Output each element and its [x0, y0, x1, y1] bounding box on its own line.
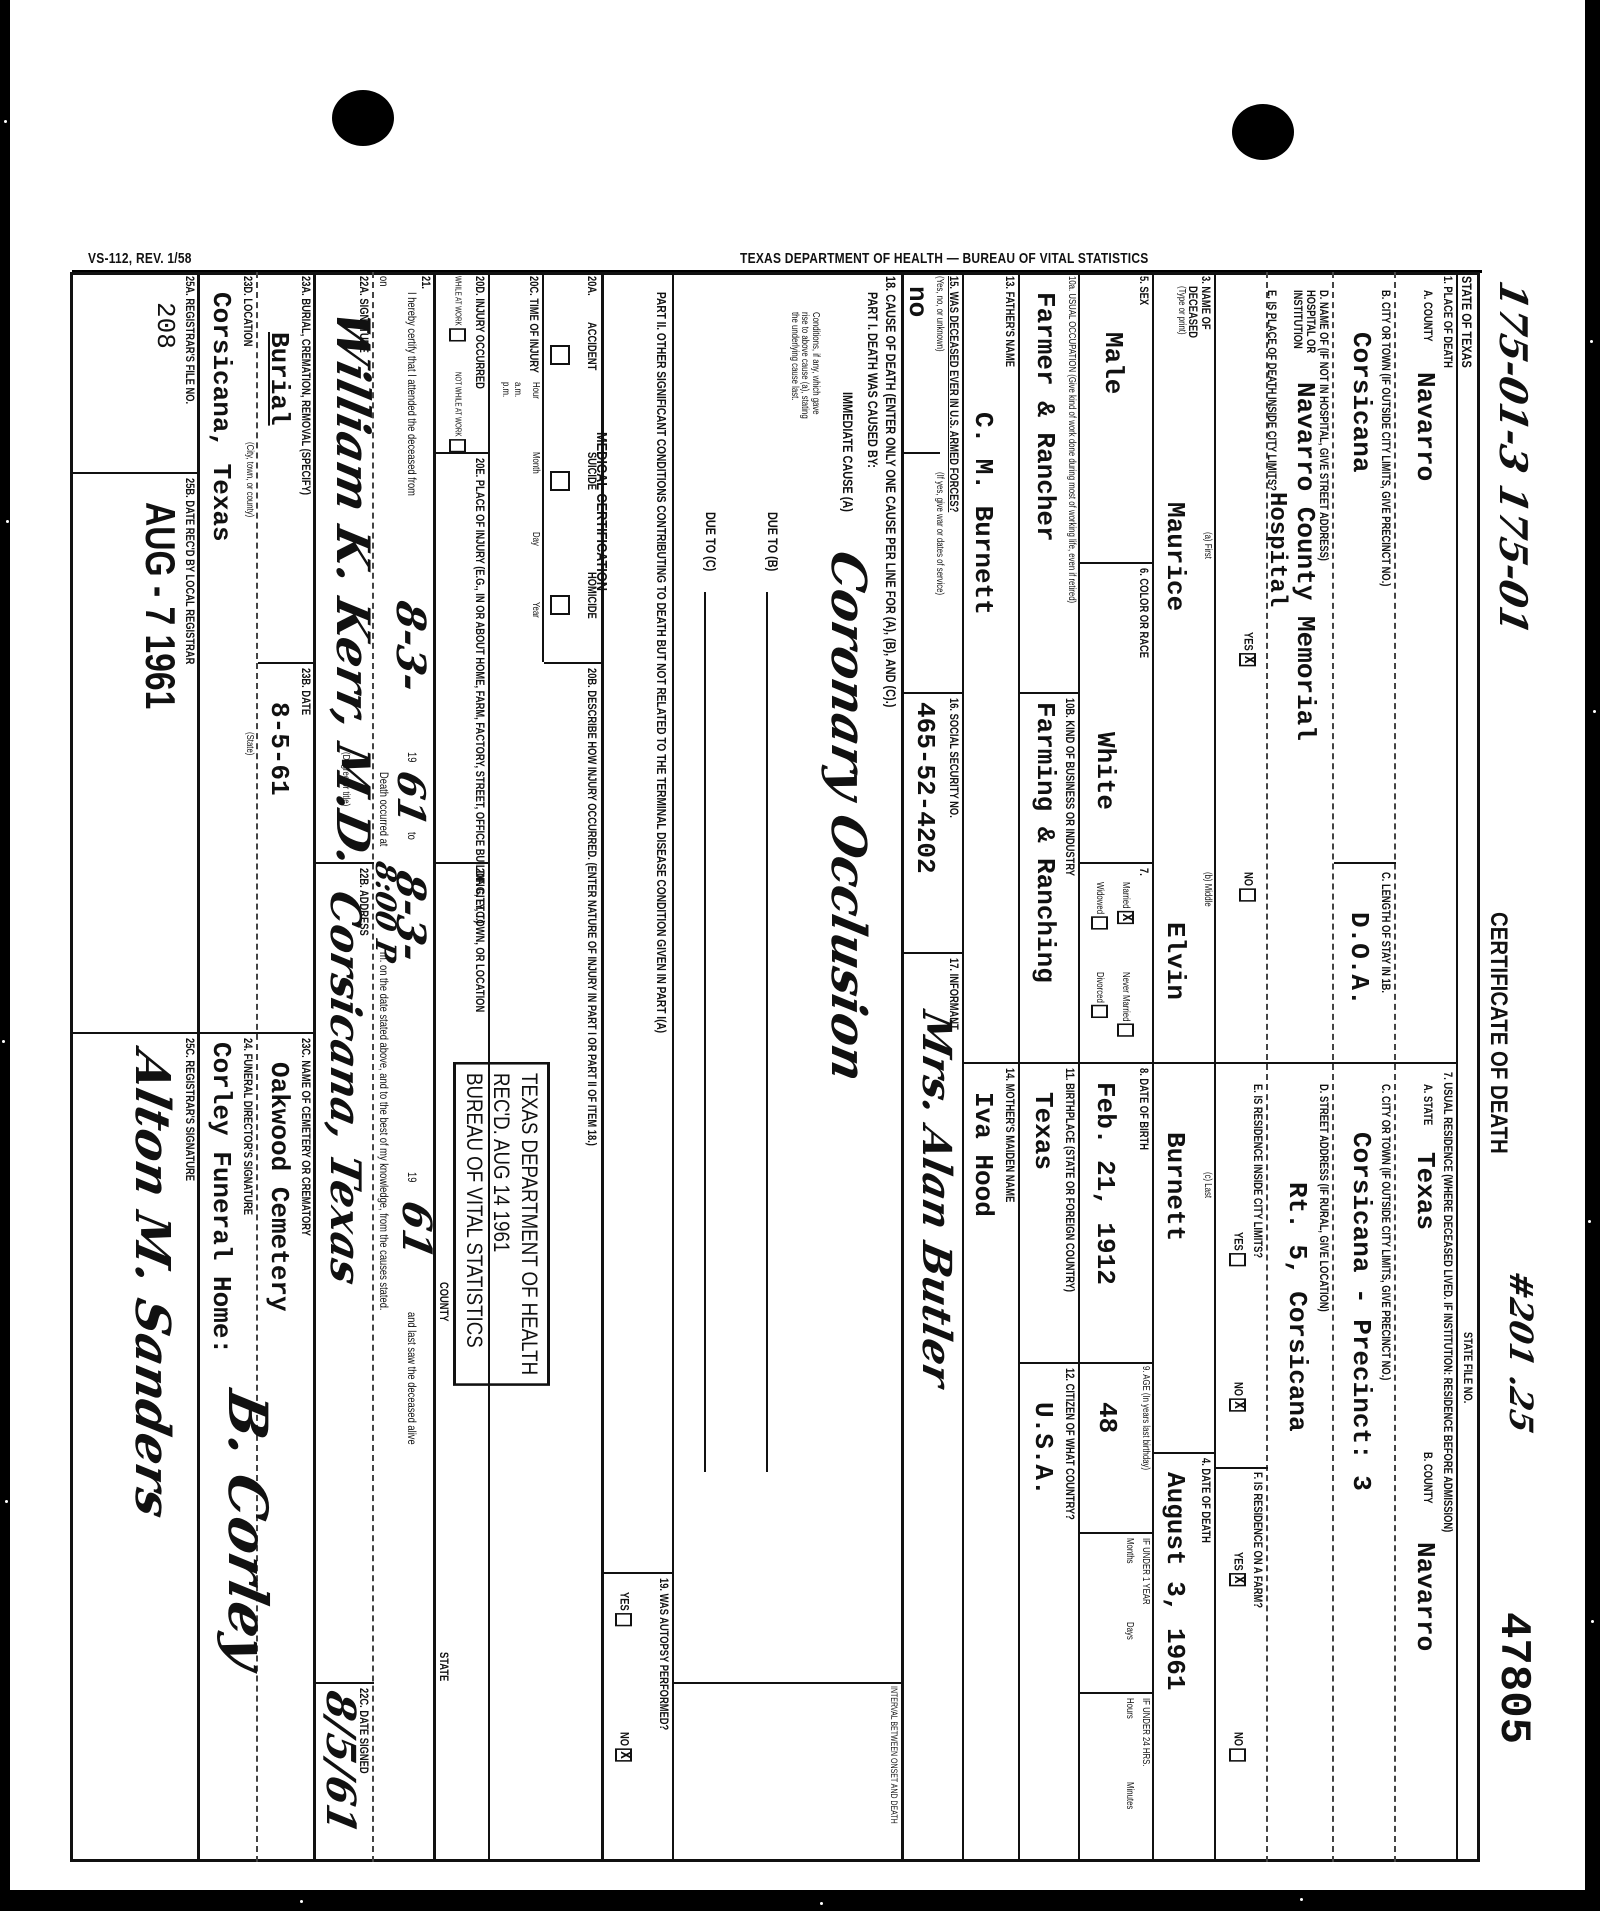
race: White [1090, 732, 1120, 810]
registrar-signature: Alton M. Sanders [124, 1046, 180, 1523]
physician-address: Corsicana, Texas [321, 887, 370, 1289]
industry: Farming & Ranching [1030, 702, 1060, 983]
date-signed: 8/5/61 [317, 1687, 364, 1838]
age: 48 [1092, 1402, 1122, 1433]
accident-checkbox[interactable] [550, 345, 570, 365]
first-name: Maurice [1160, 502, 1190, 611]
date-of-birth: Feb. 21, 1912 [1090, 1082, 1120, 1285]
citizenship: U.S.A. [1028, 1402, 1058, 1496]
punch-hole-left [332, 90, 394, 146]
burial-location: Corsicana, Texas [206, 292, 236, 542]
registrar-file-no: 208 [150, 302, 180, 349]
attended-to-year: 61 [393, 1197, 440, 1263]
death-inside-city-no[interactable]: NO [1239, 872, 1256, 902]
birthplace: Texas [1028, 1092, 1058, 1170]
last-name: Burnett [1160, 1132, 1190, 1241]
received-stamp: TEXAS DEPARTMENT OF HEALTH REC'D. AUG 14… [454, 1062, 551, 1386]
not-while-at-work[interactable]: NOT WHILE AT WORK [449, 372, 466, 452]
occupation: Farmer & Rancher [1030, 292, 1060, 542]
armed-forces: no [902, 286, 932, 317]
residence-county: Navarro [1410, 1542, 1440, 1651]
marital-divorced[interactable]: Divorced [1091, 972, 1108, 1018]
handwritten-title-note: #201 .25 [1502, 1268, 1540, 1436]
father-name: C. M. Burnett [968, 412, 998, 615]
farm-yes[interactable]: YESX [1229, 1552, 1246, 1586]
marital-married[interactable]: MarriedX [1117, 882, 1134, 924]
marital-widowed[interactable]: Widowed [1091, 882, 1108, 930]
certificate-title: CERTIFICATE OF DEATH [1484, 912, 1512, 1154]
residence-street: Rt. 5, Corsicana [1282, 1182, 1312, 1432]
form-id: VS-112, REV. 1/58 [88, 250, 192, 267]
disposition-date: 8-5-61 [264, 702, 294, 796]
sex: Male [1098, 332, 1128, 394]
immediate-cause: Coronary Occlusion [820, 546, 876, 1087]
informant-signature: Mrs. Alan Butler [913, 1007, 960, 1391]
agency-header: TEXAS DEPARTMENT OF HEALTH — BUREAU OF V… [740, 250, 1149, 267]
death-inside-city-yes[interactable]: YESX [1239, 632, 1256, 666]
res-inside-city-yes[interactable]: YES [1229, 1232, 1246, 1266]
marital-never-married[interactable]: Never Married [1117, 972, 1134, 1037]
attended-from-year: 61 [389, 767, 434, 829]
middle-name: Elvin [1160, 922, 1190, 1000]
date-of-death: August 3, 1961 [1160, 1472, 1190, 1690]
cemetery-name: Oakwood Cemetery [264, 1062, 294, 1312]
social-security-no: 465-52-4202 [910, 702, 940, 874]
autopsy-no[interactable]: NOX [615, 1732, 632, 1762]
mother-maiden-name: Iva Hood [968, 1092, 998, 1217]
funeral-home: Corley Funeral Home: [206, 1042, 236, 1354]
hospital-name: Navarro County Memorial [1290, 382, 1320, 741]
funeral-director-signature: B. Corley [216, 1385, 280, 1676]
state-file-no-label: STATE FILE NO. [1461, 1332, 1474, 1403]
homicide-checkbox[interactable] [550, 595, 570, 615]
state-of-texas: STATE OF TEXAS [1459, 276, 1474, 368]
res-inside-city-no[interactable]: NOX [1229, 1382, 1246, 1412]
autopsy-yes[interactable]: YES [615, 1592, 632, 1626]
residence-city: Corsicana - Precinct: 3 [1346, 1132, 1376, 1491]
residence-state: Texas [1410, 1152, 1440, 1230]
suicide-checkbox[interactable] [550, 471, 570, 491]
attended-from-date: 8-3- [387, 597, 434, 696]
punch-hole-right [1232, 104, 1294, 160]
length-of-stay: D.O.A. [1344, 912, 1374, 1006]
place-county: Navarro [1410, 372, 1440, 481]
physician-signature: William K. Kerr, M.D. [326, 306, 380, 871]
farm-no[interactable]: NO [1229, 1732, 1246, 1762]
place-city: Corsicana [1346, 332, 1376, 472]
while-at-work[interactable]: WHILE AT WORK [449, 276, 466, 341]
state-file-no: 47805 [1488, 1612, 1538, 1744]
disposition-method: Burial [264, 332, 294, 426]
date-received-local-registrar: AUG - 7 1961 [136, 502, 184, 709]
handwritten-file-codes: 175-01-3 175-01 [1491, 277, 1536, 638]
death-certificate-form: STATE OF TEXAS 175-01-3 175-01 CERTIFICA… [70, 272, 1480, 1862]
